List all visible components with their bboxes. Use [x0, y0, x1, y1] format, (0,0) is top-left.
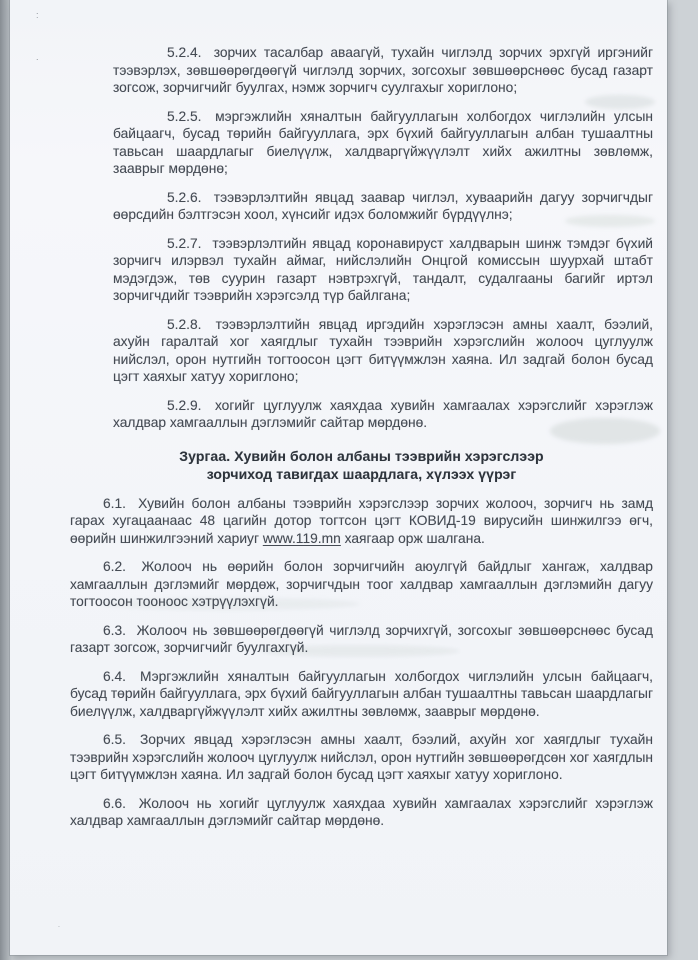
paragraph-6-3: 6.3. Жолооч нь зөвшөөрөгдөөгүй чиглэлд з…: [70, 622, 653, 657]
paragraph-6-2: 6.2. Жолооч нь өөрийн болон зорчигчийн а…: [70, 558, 653, 611]
clause-number: 5.2.4.: [167, 45, 202, 60]
clause-number: 6.5.: [103, 732, 126, 747]
clause-text: Жолооч нь хогийг цуглуулж хаяхдаа хувийн…: [70, 796, 653, 829]
clause-number: 5.2.8.: [167, 317, 202, 332]
clause-text: Жолооч нь өөрийн болон зорчигчийн аюулгү…: [70, 559, 653, 609]
section-6: Зургаа. Хувийн болон албаны тээврийн хэр…: [70, 447, 653, 830]
paragraph-6-6: 6.6. Жолооч нь хогийг цуглуулж хаяхдаа х…: [70, 795, 653, 830]
section-6-heading: Зургаа. Хувийн болон албаны тээврийн хэр…: [80, 447, 643, 483]
document-page: : . . 5.2.4. зорчих тасалбар аваагүй, ту…: [10, 0, 667, 955]
clause-number: 5.2.6.: [167, 190, 202, 205]
clause-number: 6.6.: [103, 796, 126, 811]
clause-number: 5.2.5.: [167, 109, 202, 124]
clause-number: 6.4.: [103, 669, 126, 684]
paragraph-5-2-7: 5.2.7. тээвэрлэлтийн явцад коронавируст …: [113, 235, 653, 305]
clause-text: Жолооч нь зөвшөөрөгдөөгүй чиглэлд зорчих…: [70, 623, 653, 656]
paragraph-5-2-5: 5.2.5. мэргэжлийн хяналтын байгууллагын …: [113, 108, 653, 178]
scan-speck: .: [58, 922, 60, 929]
covid-result-url: www.119.mn: [263, 531, 341, 546]
clause-number: 5.2.9.: [167, 398, 202, 413]
paragraph-6-4: 6.4. Мэргэжлийн хяналтын байгууллагын хо…: [70, 668, 653, 721]
heading-line-1: Зургаа. Хувийн болон албаны тээврийн хэр…: [80, 447, 643, 465]
scan-speck: :: [36, 10, 39, 20]
clause-text: хаягаар орж шалгана.: [345, 531, 485, 546]
paragraph-6-1: 6.1. Хувийн болон албаны тээврийн хэрэгс…: [70, 495, 653, 548]
paragraph-5-2-6: 5.2.6. тээвэрлэлтийн явцад заавар чиглэл…: [113, 189, 653, 224]
paragraph-6-5: 6.5. Зорчих явцад хэрэглэсэн амны хаалт,…: [70, 731, 653, 784]
clause-number: 6.3.: [103, 623, 126, 638]
heading-line-2: зорчиход тавигдах шаардлага, хүлээх үүрэ…: [80, 465, 643, 483]
section-5-2-clauses: 5.2.4. зорчих тасалбар аваагүй, тухайн ч…: [113, 44, 653, 432]
clause-number: 5.2.7.: [167, 236, 202, 251]
clause-text: Зорчих явцад хэрэглэсэн амны хаалт, бээл…: [70, 732, 653, 782]
clause-number: 6.1.: [103, 496, 126, 511]
document-body: 5.2.4. зорчих тасалбар аваагүй, тухайн ч…: [10, 44, 667, 841]
paragraph-5-2-8: 5.2.8. тээвэрлэлтийн явцад иргэдийн хэрэ…: [113, 316, 653, 386]
clause-text: Мэргэжлийн хяналтын байгууллагын холбогд…: [70, 669, 653, 719]
clause-number: 6.2.: [103, 559, 126, 574]
paragraph-5-2-9: 5.2.9. хогийг цуглуулж хаяхдаа хувийн ха…: [113, 397, 653, 432]
scanned-document-background: : . . 5.2.4. зорчих тасалбар аваагүй, ту…: [0, 0, 698, 960]
paragraph-5-2-4: 5.2.4. зорчих тасалбар аваагүй, тухайн ч…: [113, 44, 653, 97]
